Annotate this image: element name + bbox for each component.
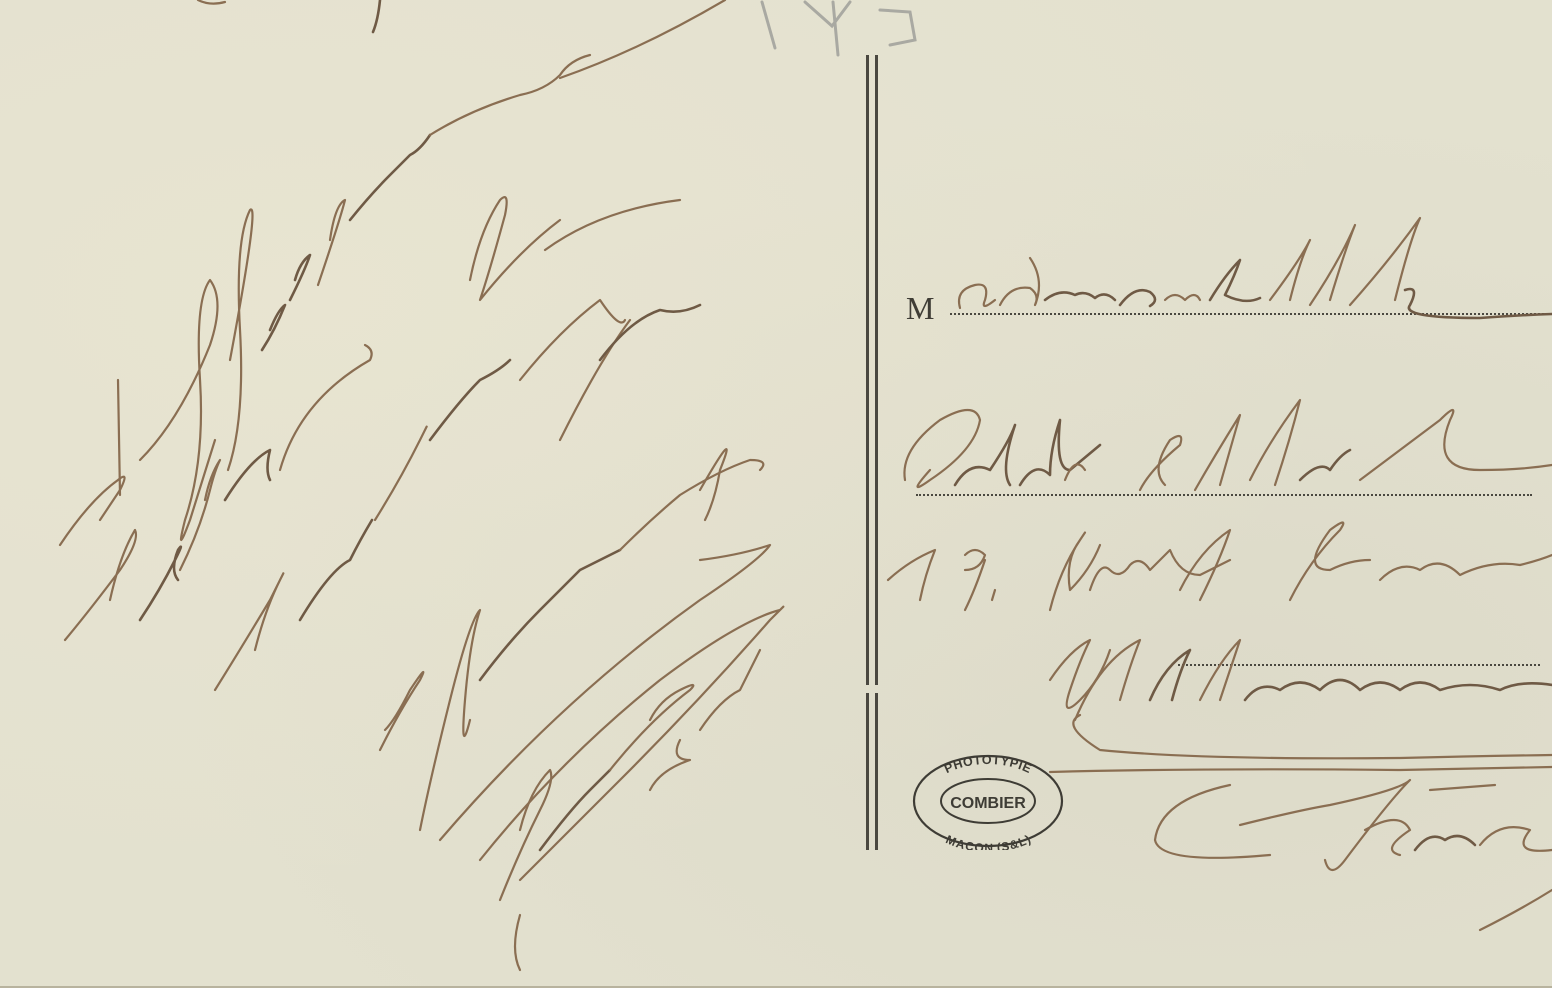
svg-text:PHOTOTYPIE: PHOTOTYPIE (942, 753, 1034, 776)
stamp-center-text: COMBIER (950, 795, 1026, 812)
publisher-stamp: PHOTOTYPIE COMBIER MACON (S&L) (910, 752, 1066, 850)
stamp-bottom-text: MACON (S&L) (944, 832, 1033, 850)
address-line-5: Seine (1160, 800, 1296, 856)
address-line-3: 19, Grande Rue (890, 540, 1272, 596)
address-line-2: Odette Ulliel (905, 420, 1216, 476)
svg-text:MACON (S&L): MACON (S&L) (944, 832, 1033, 850)
postcard: 1923 (0, 0, 1552, 988)
address-line-1: ademoiselle (955, 270, 1221, 321)
address-line-4: Villemomble (1050, 640, 1353, 696)
handwritten-address (0, 0, 1552, 986)
stamp-top-text: PHOTOTYPIE (942, 753, 1034, 776)
